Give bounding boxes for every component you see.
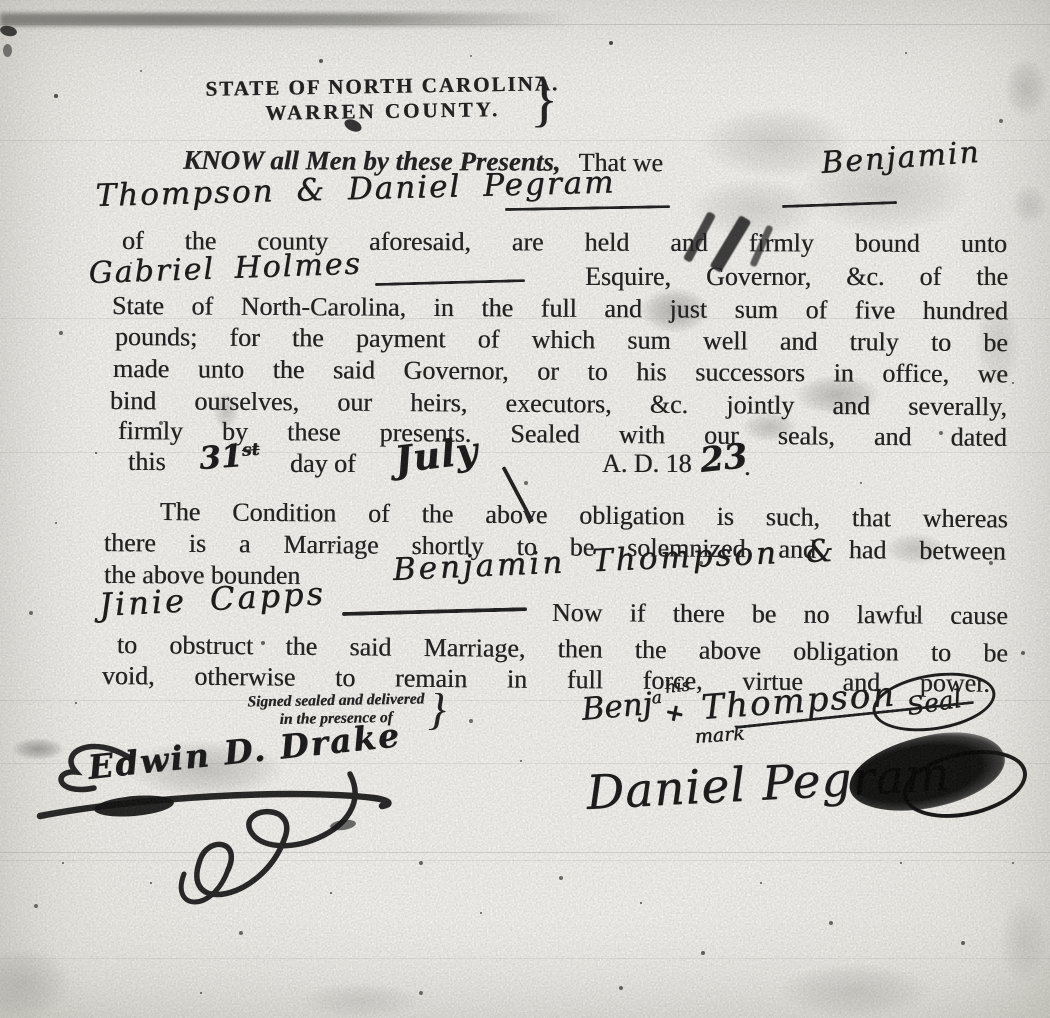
ink-smudge [300,983,420,1018]
groom-given-text: Benj [580,686,654,728]
printed-line-sum3: made unto the said Governor, or to his s… [113,354,1008,389]
ink-smudge [1012,185,1047,225]
handwritten-dash [782,201,897,208]
condition-line4: Now if there be no lawful cause [552,598,1008,631]
scan-artifact-corner-mark [3,44,12,57]
ink-smudge [0,948,70,1018]
marriage-bond-document: STATE OF NORTH CAROLINA. WARREN COUNTY. … [0,0,1050,1018]
printed-period: . [744,452,751,482]
handwritten-dash [375,279,525,286]
groom-seal-text: Seal [905,683,964,720]
printed-line-sum1: State of North-Carolina, in the full and… [112,291,1008,326]
paper-speckles [0,0,2,2]
day-suffix: st [241,440,260,461]
printed-this-label: this [128,447,166,477]
ink-smudge [1005,58,1047,118]
handwritten-dash [342,607,527,616]
handwritten-month: July [392,428,481,482]
ink-smudge [780,963,930,1018]
day-number: 31 [198,438,244,477]
witness-signature-flourish [12,728,432,938]
header-brace: } [530,64,558,134]
groom-given-superscript: a [651,688,663,709]
handwritten-dash [505,205,670,211]
groom-his-label: his [664,675,691,698]
groom-mark-cross: + [662,696,688,729]
printed-line-sum2: pounds; for the payment of which sum wel… [115,322,1008,358]
attestation-line1: Signed sealed and delivered [236,690,436,711]
scan-line [0,958,1050,959]
printed-line-esquire: Esquire, Governor, &c. of the [585,262,1008,292]
document-header: STATE OF NORTH CAROLINA. WARREN COUNTY. [205,71,561,127]
handwritten-year: 23 [698,436,749,481]
handwritten-day: 31st [198,437,261,477]
handwritten-groom-first-name: Benjamin [820,135,982,181]
scan-artifact-corner-mark [0,24,18,37]
ink-smudge [1000,898,1048,983]
groom-signature-given: Benja [580,685,664,728]
printed-year-prefix: A. D. 18 [602,449,692,479]
printed-day-of-label: day of [290,449,356,479]
bondsman-signature: Daniel Pegram [585,747,952,821]
scan-artifact-top-band [0,13,600,26]
